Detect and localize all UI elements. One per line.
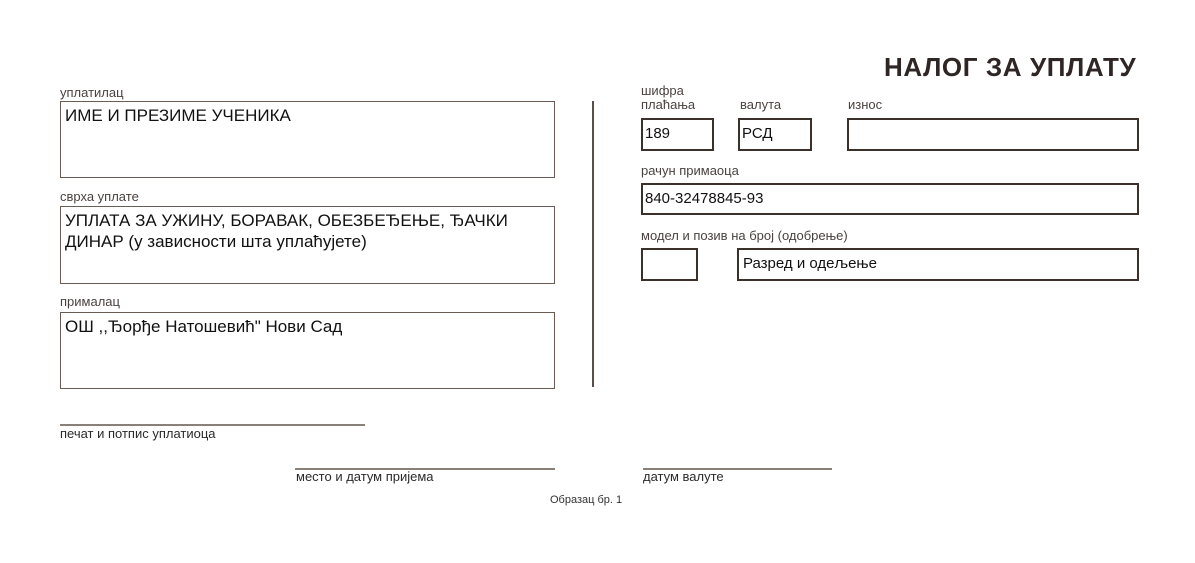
recipient-field[interactable]: ОШ ,,Ђорђе Натошевић" Нови Сад xyxy=(60,312,555,389)
payer-label: уплатилац xyxy=(60,86,124,100)
amount-field[interactable] xyxy=(847,118,1139,151)
payment-code-value: 189 xyxy=(645,125,670,142)
purpose-value-line2: ДИНАР (у зависности шта уплаћујете) xyxy=(65,231,554,252)
currency-field[interactable]: РСД xyxy=(738,118,812,151)
currency-label: валута xyxy=(740,98,781,112)
currency-value: РСД xyxy=(742,125,773,142)
recipient-account-value: 840-32478845-93 xyxy=(645,190,763,207)
recipient-account-label: рачун примаоца xyxy=(641,164,739,178)
reference-number-value: Разред и одељење xyxy=(741,255,877,272)
payment-code-field[interactable]: 189 xyxy=(641,118,714,151)
purpose-value-line1: УПЛАТА ЗА УЖИНУ, БОРАВАК, ОБЕЗБЕЂЕЊЕ, ЂА… xyxy=(65,210,554,231)
value-date-label: датум валуте xyxy=(643,469,724,484)
payment-code-label-line2: плаћања xyxy=(641,98,695,112)
reference-number-field[interactable]: Разред и одељење xyxy=(737,248,1139,281)
purpose-label: сврха уплате xyxy=(60,190,139,204)
place-date-label: место и датум пријема xyxy=(296,469,434,484)
recipient-value: ОШ ,,Ђорђе Натошевић" Нови Сад xyxy=(65,317,342,336)
form-number: Образац бр. 1 xyxy=(550,494,622,506)
recipient-account-field[interactable]: 840-32478845-93 xyxy=(641,183,1139,215)
payment-code-label-line1: шифра xyxy=(641,84,684,98)
form-title: НАЛОГ ЗА УПЛАТУ xyxy=(884,52,1136,83)
model-field[interactable] xyxy=(641,248,698,281)
column-divider xyxy=(592,101,594,387)
payer-value: ИМЕ И ПРЕЗИМЕ УЧЕНИКА xyxy=(65,106,291,125)
amount-label: износ xyxy=(848,98,882,112)
purpose-field[interactable]: УПЛАТА ЗА УЖИНУ, БОРАВАК, ОБЕЗБЕЂЕЊЕ, ЂА… xyxy=(60,206,555,284)
reference-label: модел и позив на број (одобрење) xyxy=(641,229,848,243)
payer-field[interactable]: ИМЕ И ПРЕЗИМЕ УЧЕНИКА xyxy=(60,101,555,178)
recipient-label: прималац xyxy=(60,295,120,309)
payer-signature-label: печат и потпис уплатиоца xyxy=(60,426,216,441)
